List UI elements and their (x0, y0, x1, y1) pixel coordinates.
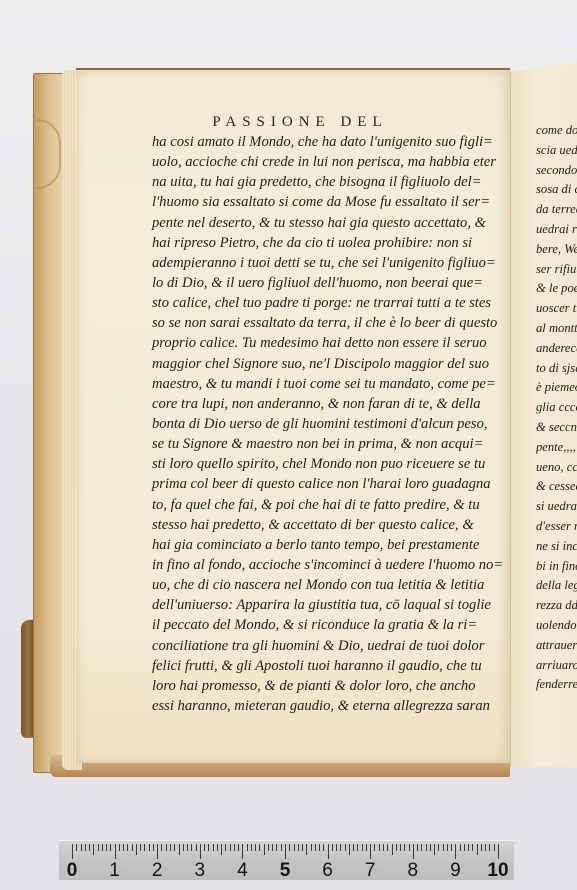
ruler-tick (302, 844, 303, 851)
ruler-tick (362, 844, 363, 851)
ruler-tick (400, 844, 401, 851)
ruler-tick (298, 844, 299, 851)
ruler-tick (217, 844, 218, 851)
ruler-tick (225, 844, 226, 851)
text-line: ha cosi amato il Mondo, che ha dato l'un… (152, 132, 504, 152)
text-line: della leggg (536, 576, 577, 596)
ruler-label: 2 (152, 860, 163, 882)
text-line: lo di Dio, & il uero figliuol dell'huomo… (152, 273, 504, 293)
ruler-tick (251, 844, 252, 851)
text-line: in fino al fondo, accioche s'incominci à… (152, 555, 504, 575)
ruler-label: 0 (67, 860, 78, 882)
text-line: uo, che di cio nascera nel Mondo con tua… (152, 575, 504, 595)
ruler-tick (72, 844, 73, 859)
ruler-tick (276, 844, 277, 851)
ruler-tick (98, 844, 99, 851)
ruler-tick (81, 844, 82, 851)
measurement-ruler: 012345678910 (59, 840, 514, 880)
text-line: core tra lupi, non anderanno, & non fara… (152, 394, 504, 414)
ruler-tick (268, 844, 269, 851)
text-line: dell'uniuerso: Apparira la giustitia tua… (152, 595, 504, 615)
left-page-text-block: ha cosi amato il Mondo, che ha dato l'un… (152, 132, 504, 716)
ruler-tick (259, 844, 260, 851)
ruler-tick (383, 844, 384, 851)
ruler-tick (204, 844, 205, 851)
ruler-label: 10 (487, 860, 508, 882)
text-line: è piemeo (536, 378, 577, 398)
text-line: hai gia cominciato a berlo tanto tempo, … (152, 535, 504, 555)
text-line: pente,,,, (536, 438, 577, 458)
ruler-tick (438, 844, 439, 851)
ruler-tick (208, 844, 209, 851)
text-line: come dono (536, 121, 577, 141)
ruler-label: 7 (365, 860, 376, 882)
cover-stain (37, 119, 61, 189)
text-line: ueno, ccc (536, 458, 577, 478)
text-line: so se non sarai essaltato da terra, il c… (152, 313, 504, 333)
text-line: fenderree, (536, 675, 577, 695)
text-line: stesso hai predetto, & accettato di ber … (152, 515, 504, 535)
ruler-tick (409, 844, 410, 851)
text-line: si uedraaa (536, 497, 577, 517)
text-line: na uita, tu hai gia predetto, che bisogn… (152, 172, 504, 192)
ruler-tick (76, 844, 77, 851)
text-line: ser rifiuu (536, 260, 577, 280)
ruler-tick (196, 844, 197, 851)
ruler-tick (460, 844, 461, 851)
text-line: maggior chel Signore suo, ne'l Discipolo… (152, 354, 504, 374)
ruler-tick (489, 844, 490, 851)
ruler-tick (464, 844, 465, 851)
ruler-tick (468, 844, 469, 851)
ruler-tick (132, 844, 133, 851)
ruler-tick (144, 844, 145, 851)
text-line: bere, We (536, 240, 577, 260)
ruler-tick (498, 844, 499, 859)
ruler-tick (387, 844, 388, 851)
ruler-tick (242, 844, 243, 859)
text-line: scia uedde (536, 141, 577, 161)
ruler-tick (353, 844, 354, 851)
text-line: sti loro quello spirito, chel Mondo non … (152, 454, 504, 474)
ruler-tick (434, 844, 435, 855)
ruler-tick (93, 844, 94, 855)
text-line: bonta di Dio uerso de gli huomini testim… (152, 414, 504, 434)
ruler-tick (294, 844, 295, 851)
text-line: ne si inccco (536, 537, 577, 557)
text-line: sto calice, chel tuo padre ti porge: ne … (152, 293, 504, 313)
text-line: hai ripreso Pietro, che da cio ti uolea … (152, 233, 504, 253)
ruler-label: 5 (280, 860, 291, 882)
text-line: d'esser mm (536, 517, 577, 537)
text-line: glia cccoo (536, 398, 577, 418)
ruler-tick (89, 844, 90, 851)
text-line: se tu Signore & maestro non bei in prima… (152, 434, 504, 454)
ruler-tick (392, 844, 393, 855)
ruler-tick (255, 844, 256, 851)
text-line: essi haranno, mieteran gaudio, & eterna … (152, 696, 504, 716)
ruler-tick (247, 844, 248, 851)
text-line: uedrai rre (536, 220, 577, 240)
text-line: to, fa quel che fai, & poi che hai di te… (152, 495, 504, 515)
ruler-tick (153, 844, 154, 851)
ruler-tick (370, 844, 371, 859)
ruler-label: 6 (322, 860, 333, 882)
text-line: sosa di cca (536, 180, 577, 200)
ruler-tick (328, 844, 329, 859)
text-line: loro hai promesso, & de pianti & dolor l… (152, 676, 504, 696)
text-line: adempieranno i tuoi detti se tu, che sei… (152, 253, 504, 273)
ruler-tick (306, 844, 307, 855)
running-head: PASSIONE DEL (160, 114, 440, 131)
ruler-tick (191, 844, 192, 851)
text-line: uolendoiil (536, 616, 577, 636)
ruler-tick (213, 844, 214, 851)
text-line: al montte (536, 319, 577, 339)
ruler-tick (127, 844, 128, 851)
ruler-tick (443, 844, 444, 851)
text-line: rezza ddd (536, 596, 577, 616)
ruler-tick (319, 844, 320, 851)
ruler-tick (136, 844, 137, 855)
text-line: secondo i l (536, 161, 577, 181)
text-line: maestro, & tu mandi i tuoi come sei tu m… (152, 374, 504, 394)
text-line: l'huomo sia essaltato si come da Mose fu… (152, 192, 504, 212)
ruler-tick (430, 844, 431, 851)
text-line: felici frutti, & gli Apostoli tuoi haran… (152, 656, 504, 676)
text-line: proprio calice. Tu medesimo hai detto no… (152, 333, 504, 353)
ruler-tick (413, 844, 414, 859)
ruler-tick (119, 844, 120, 851)
text-line: bi in finoco (536, 557, 577, 577)
text-line: & cesseer (536, 477, 577, 497)
ruler-tick (234, 844, 235, 851)
ruler-tick (485, 844, 486, 851)
ruler-tick (230, 844, 231, 851)
text-line: to di sjsc (536, 359, 577, 379)
ruler-tick (477, 844, 478, 855)
ruler-label: 8 (408, 860, 419, 882)
ruler-tick (264, 844, 265, 855)
ruler-tick (494, 844, 495, 851)
ruler-tick (161, 844, 162, 851)
ruler-tick (374, 844, 375, 851)
ruler-tick (149, 844, 150, 851)
ruler-tick (140, 844, 141, 851)
ruler-tick (281, 844, 282, 851)
ruler-tick (396, 844, 397, 851)
ruler-tick (311, 844, 312, 851)
ruler-tick (451, 844, 452, 851)
ruler-tick (345, 844, 346, 851)
ruler-tick (323, 844, 324, 851)
text-line: & seccnn (536, 418, 577, 438)
ruler-tick (404, 844, 405, 851)
ruler-tick (426, 844, 427, 851)
ruler-tick (166, 844, 167, 851)
ruler-tick (174, 844, 175, 851)
ruler-label: 1 (109, 860, 120, 882)
ruler-tick (106, 844, 107, 851)
text-line: arriuarore (536, 656, 577, 676)
ruler-tick (472, 844, 473, 851)
text-line: uolo, accioche chi crede in lui non peri… (152, 152, 504, 172)
ruler-tick (115, 844, 116, 859)
ruler-tick (349, 844, 350, 855)
text-line: attrauerr (536, 636, 577, 656)
ruler-tick (315, 844, 316, 851)
text-line: & le poe (536, 279, 577, 299)
text-line: uoscer tte (536, 299, 577, 319)
text-line: anderecee (536, 339, 577, 359)
ruler-tick (285, 844, 286, 859)
text-line: prima col beer di questo calice non l'ha… (152, 474, 504, 494)
ruler-tick (421, 844, 422, 851)
ruler-tick (336, 844, 337, 851)
text-line: il peccato del Mondo, & si riconduce la … (152, 615, 504, 635)
ruler-tick (417, 844, 418, 851)
ruler-tick (200, 844, 201, 859)
text-line: da terrea (536, 200, 577, 220)
text-line: pente nel deserto, & tu stesso hai gia q… (152, 213, 504, 233)
ruler-tick (379, 844, 380, 851)
ruler-tick (481, 844, 482, 851)
ruler-label: 4 (237, 860, 248, 882)
text-line: conciliatione tra gli huomini & Dio, ued… (152, 636, 504, 656)
right-page-text-fragment: come donoscia ueddesecondo i lsosa di cc… (536, 121, 577, 695)
ruler-tick (357, 844, 358, 851)
ruler-tick (187, 844, 188, 851)
ruler-tick (110, 844, 111, 851)
ruler-label: 9 (450, 860, 461, 882)
ruler-tick (238, 844, 239, 851)
ruler-tick (366, 844, 367, 851)
ruler-tick (183, 844, 184, 851)
ruler-tick (123, 844, 124, 851)
ruler-tick (289, 844, 290, 851)
ruler-tick (221, 844, 222, 855)
ruler-tick (340, 844, 341, 851)
ruler-tick (332, 844, 333, 851)
ruler-tick (85, 844, 86, 851)
ruler-tick (455, 844, 456, 859)
ruler-tick (102, 844, 103, 851)
ruler-tick (170, 844, 171, 851)
ruler-tick (447, 844, 448, 851)
ruler-tick (179, 844, 180, 855)
ruler-tick (272, 844, 273, 851)
ruler-tick (157, 844, 158, 859)
ruler-label: 3 (195, 860, 206, 882)
